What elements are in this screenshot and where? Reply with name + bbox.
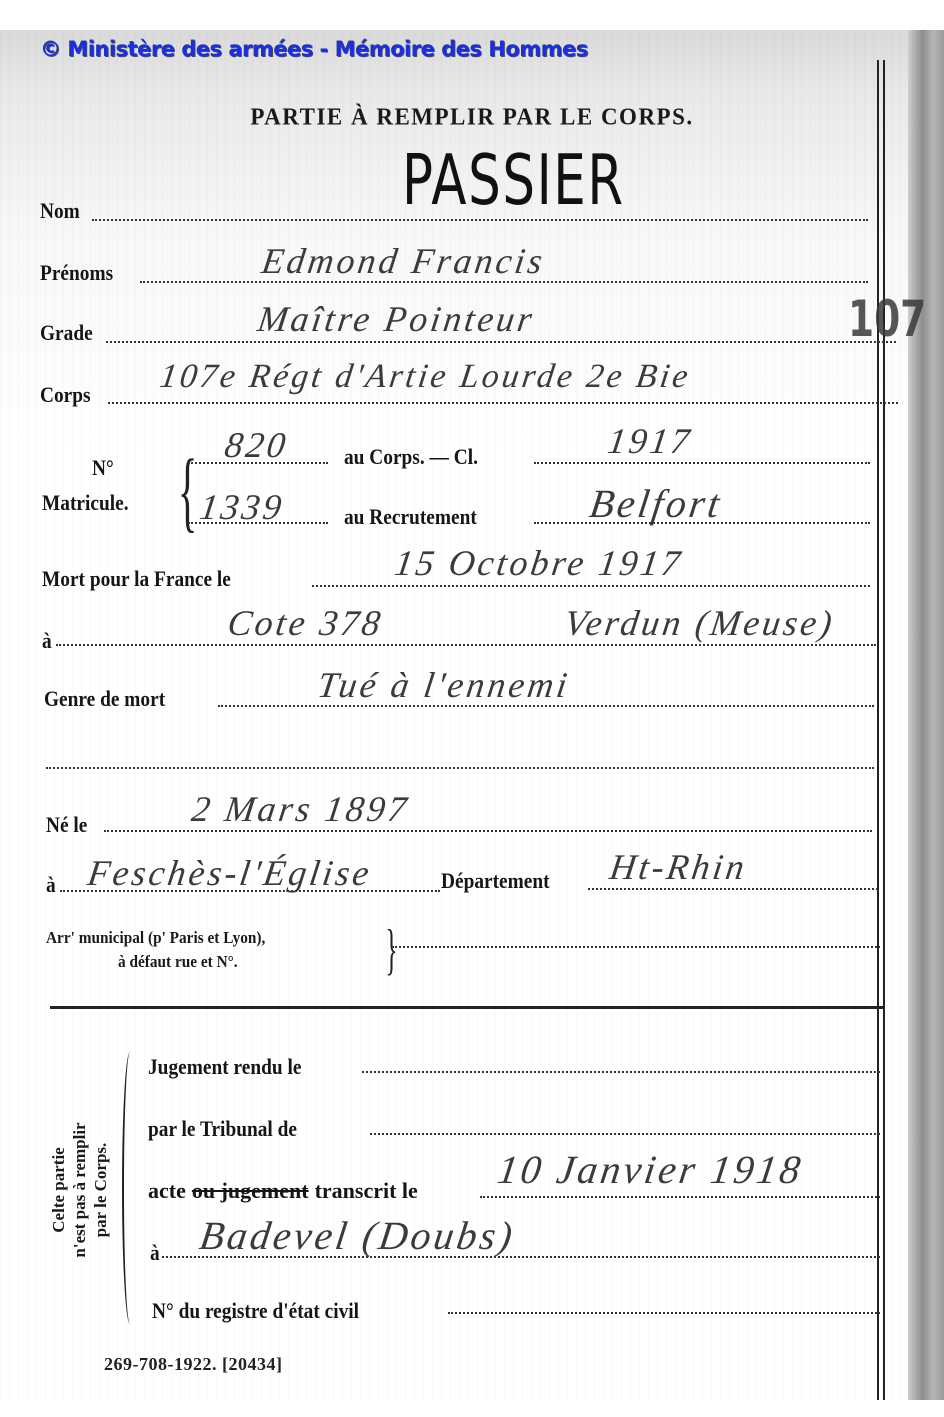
transcrit-dotted-line bbox=[480, 1196, 880, 1198]
civil-section-brace bbox=[122, 1052, 138, 1324]
arrondissement-brace: } bbox=[385, 918, 397, 982]
matricule-brace: { bbox=[178, 440, 197, 543]
tribunal-dotted-line bbox=[370, 1133, 880, 1135]
blank-dotted-line bbox=[46, 767, 874, 769]
arrondissement-label-1: Arr' municipal (p' Paris et Lyon), bbox=[46, 928, 265, 948]
au-recrutement-label: au Recrutement bbox=[344, 504, 495, 530]
arrondissement-label-2: à défaut rue et N°. bbox=[118, 952, 238, 972]
field-ne-le: Né le bbox=[46, 812, 93, 838]
mort-a-dotted-line bbox=[56, 644, 876, 646]
section-divider bbox=[50, 1006, 885, 1009]
form-title: PARTIE À REMPLIR PAR LE CORPS. bbox=[0, 103, 944, 130]
nom-dotted-line bbox=[92, 219, 868, 221]
recrutement-value: Belfort bbox=[587, 480, 726, 527]
recrutement-number-value: 1339 bbox=[197, 486, 287, 528]
print-code: 269-708-1922. [20434] bbox=[104, 1354, 282, 1375]
grade-label: Grade bbox=[40, 320, 93, 346]
matricule-label-1: N° bbox=[92, 455, 117, 481]
genre-mort-value: Tué à l'ennemi bbox=[315, 664, 573, 706]
corps-label: Corps bbox=[40, 382, 91, 408]
field-registre: N° du registre d'état civil bbox=[152, 1298, 387, 1324]
field-mort-a: à bbox=[42, 628, 53, 654]
ne-le-value: 2 Mars 1897 bbox=[189, 788, 412, 830]
ne-a-value: Feschès-l'Église bbox=[85, 852, 375, 894]
au-corps-label: au Corps. — Cl. bbox=[344, 444, 496, 470]
field-nom: Nom bbox=[40, 198, 85, 224]
field-tribunal: par le Tribunal de bbox=[148, 1116, 317, 1142]
prenoms-label: Prénoms bbox=[40, 260, 113, 286]
departement-label: Département bbox=[441, 868, 564, 894]
field-genre-mort: Genre de mort bbox=[44, 686, 182, 712]
departement-value: Ht-Rhin bbox=[607, 846, 750, 888]
corps-dotted-line bbox=[108, 402, 898, 404]
departement-dotted-line bbox=[588, 888, 878, 890]
mort-a-place: Cote 378 bbox=[225, 602, 386, 644]
grade-dotted-line bbox=[106, 341, 896, 343]
stamped-surname: PASSIER bbox=[402, 140, 625, 221]
mort-a-commune: Verdun (Meuse) bbox=[562, 602, 837, 644]
corps-number-value: 820 bbox=[222, 424, 291, 466]
registre-dotted-line bbox=[448, 1312, 880, 1314]
field-transcrit: acte ou jugement transcrit le bbox=[148, 1178, 418, 1204]
border-line bbox=[877, 60, 879, 1400]
field-prenoms: Prénoms bbox=[40, 260, 123, 286]
prenoms-value: Edmond Francis bbox=[259, 240, 548, 282]
border-line bbox=[883, 60, 885, 1400]
death-record-card bbox=[0, 30, 944, 1400]
classe-dotted-line bbox=[534, 462, 870, 464]
transcrit-value: 10 Janvier 1918 bbox=[495, 1146, 807, 1193]
copyright-watermark: © Ministère des armées - Mémoire des Hom… bbox=[40, 37, 588, 61]
corps-value: 107e Régt d'Artie Lourde 2e Bie bbox=[157, 358, 693, 396]
nom-label: Nom bbox=[40, 198, 80, 224]
jugement-rendu-dotted-line bbox=[362, 1071, 880, 1073]
field-ne-a: à bbox=[46, 872, 57, 898]
regiment-stamp: 107 bbox=[848, 290, 926, 348]
matricule-label-2: Matricule. bbox=[42, 490, 140, 516]
civil-section-side-note: Celte partie n'est pas à remplir par le … bbox=[48, 1090, 128, 1290]
classe-value: 1917 bbox=[605, 420, 695, 462]
field-grade: Grade bbox=[40, 320, 100, 346]
mort-le-value: 15 Octobre 1917 bbox=[392, 542, 686, 584]
page-edge-shadow bbox=[908, 30, 944, 1400]
field-lieu: à bbox=[150, 1240, 161, 1266]
field-corps: Corps bbox=[40, 382, 97, 408]
mort-le-dotted-line bbox=[312, 585, 870, 587]
lieu-value: Badevel (Doubs) bbox=[197, 1212, 519, 1259]
ne-le-dotted-line bbox=[104, 830, 872, 832]
field-mort-le: Mort pour la France le bbox=[42, 566, 257, 592]
grade-value: Maître Pointeur bbox=[255, 298, 538, 340]
arrondissement-dotted-line bbox=[392, 946, 880, 948]
field-jugement-rendu: Jugement rendu le bbox=[148, 1054, 322, 1080]
